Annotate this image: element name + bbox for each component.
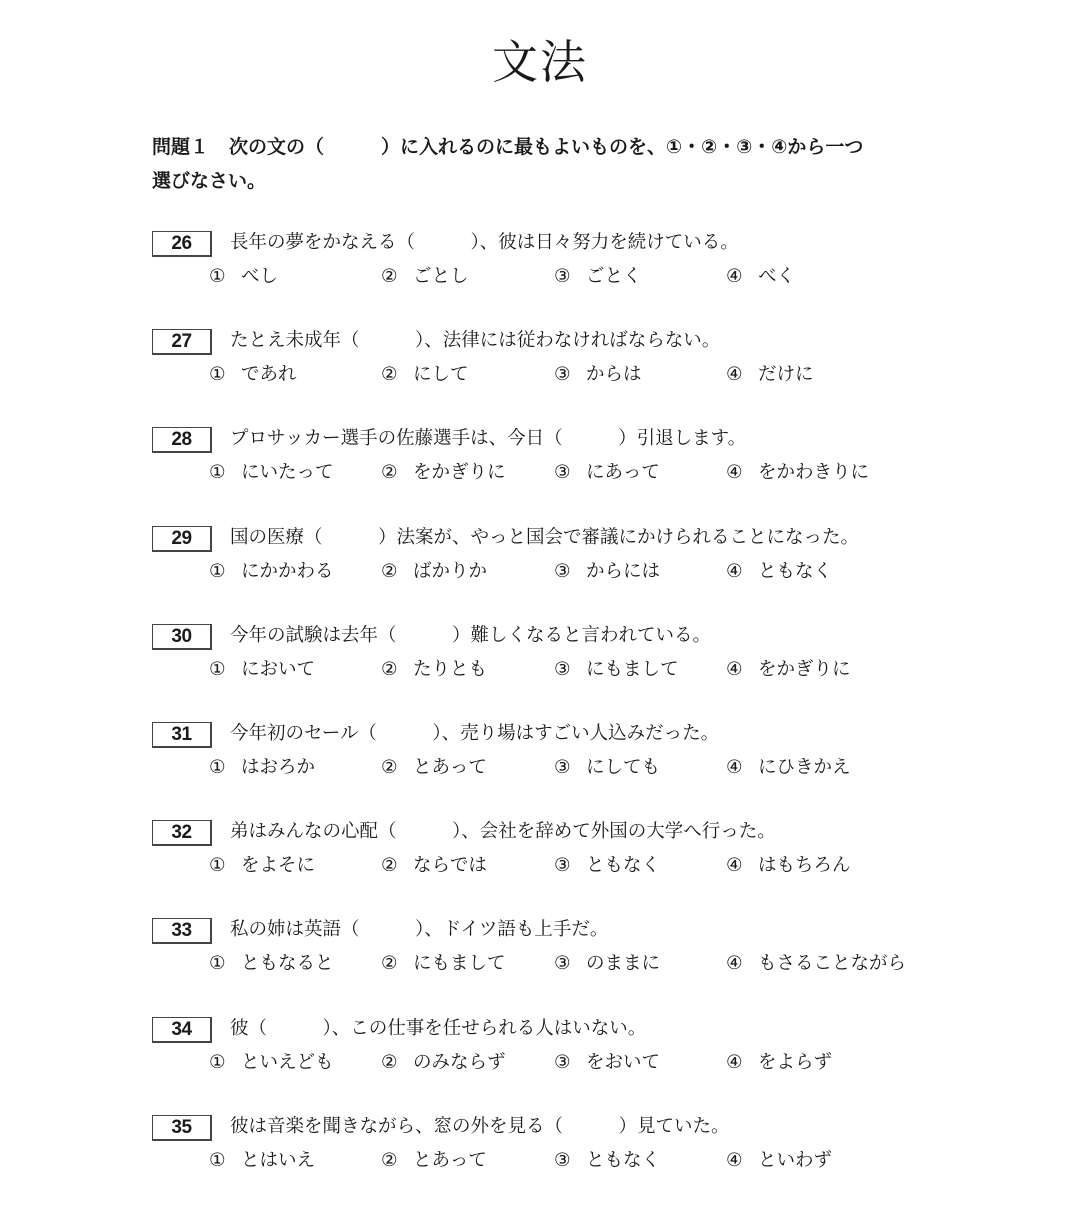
- option-mark: ①: [209, 755, 241, 781]
- question-35: 35 彼は音楽を聞きながら、窓の外を見る（ ）見ていた。 ①とはいえ ②とあって…: [152, 1115, 952, 1195]
- option-3[interactable]: ③ともなく: [554, 1148, 660, 1174]
- option-2[interactable]: ②とあって: [381, 755, 487, 781]
- question-text: 彼（ ）、この仕事を任せられる人はいない。: [230, 1016, 646, 1042]
- option-text: にあって: [586, 462, 660, 483]
- question-31: 31 今年初のセール（ ）、売り場はすごい人込みだった。 ①はおろか ②とあって…: [152, 722, 952, 802]
- option-mark: ④: [726, 1148, 758, 1174]
- question-text: たとえ未成年（ ）、法律には従わなければならない。: [230, 328, 720, 354]
- option-text: ごとく: [586, 266, 642, 287]
- instructions-line-2: 選びなさい。: [152, 164, 942, 198]
- option-text: からは: [586, 364, 642, 385]
- option-3[interactable]: ③のままに: [554, 951, 660, 977]
- answer-options: ①において ②たりとも ③にもまして ④をかぎりに: [152, 657, 952, 683]
- question-34: 34 彼（ ）、この仕事を任せられる人はいない。 ①といえども ②のみならず ③…: [152, 1017, 952, 1097]
- option-text: もさることながら: [758, 953, 906, 974]
- option-text: ともなく: [586, 1150, 660, 1171]
- option-2[interactable]: ②ごとし: [381, 264, 469, 290]
- option-4[interactable]: ④といわず: [726, 1148, 832, 1174]
- option-text: をよらず: [758, 1052, 832, 1073]
- option-mark: ③: [554, 362, 586, 388]
- option-2[interactable]: ②ばかりか: [381, 559, 487, 585]
- option-mark: ①: [209, 657, 241, 683]
- option-mark: ④: [726, 1050, 758, 1076]
- question-text: 弟はみんなの心配（ ）、会社を辞めて外国の大学へ行った。: [230, 819, 776, 845]
- option-mark: ④: [726, 755, 758, 781]
- option-mark: ③: [554, 951, 586, 977]
- answer-options: ①にいたって ②をかぎりに ③にあって ④をかわきりに: [152, 460, 952, 486]
- question-number-box: 28: [152, 427, 212, 453]
- question-number-box: 34: [152, 1017, 212, 1043]
- option-2[interactable]: ②をかぎりに: [381, 460, 506, 486]
- option-2[interactable]: ②にして: [381, 362, 469, 388]
- option-1[interactable]: ①において: [209, 657, 315, 683]
- question-number-box: 35: [152, 1115, 212, 1141]
- option-text: からには: [586, 561, 660, 582]
- option-mark: ④: [726, 657, 758, 683]
- option-4[interactable]: ④もさることながら: [726, 951, 906, 977]
- option-text: とあって: [413, 1150, 487, 1171]
- option-1[interactable]: ①をよそに: [209, 853, 315, 879]
- option-mark: ③: [554, 657, 586, 683]
- option-text: にして: [413, 364, 469, 385]
- option-3[interactable]: ③にしても: [554, 755, 660, 781]
- option-4[interactable]: ④べく: [726, 264, 795, 290]
- question-text: 彼は音楽を聞きながら、窓の外を見る（ ）見ていた。: [230, 1114, 730, 1140]
- option-mark: ④: [726, 264, 758, 290]
- option-2[interactable]: ②ならでは: [381, 853, 487, 879]
- option-mark: ②: [381, 657, 413, 683]
- question-text: プロサッカー選手の佐藤選手は、今日（ ）引退します。: [230, 426, 746, 452]
- option-mark: ④: [726, 853, 758, 879]
- option-1[interactable]: ①といえども: [209, 1050, 334, 1076]
- option-text: にかかわる: [241, 561, 334, 582]
- option-text: はおろか: [241, 757, 315, 778]
- option-mark: ②: [381, 1050, 413, 1076]
- question-number-box: 31: [152, 722, 212, 748]
- answer-options: ①にかかわる ②ばかりか ③からには ④ともなく: [152, 559, 952, 585]
- option-mark: ③: [554, 853, 586, 879]
- question-text: 私の姉は英語（ ）、ドイツ語も上手だ。: [230, 917, 608, 943]
- question-number-box: 29: [152, 526, 212, 552]
- answer-options: ①べし ②ごとし ③ごとく ④べく: [152, 264, 952, 290]
- option-mark: ④: [726, 559, 758, 585]
- answer-options: ①をよそに ②ならでは ③ともなく ④はもちろん: [152, 853, 952, 879]
- question-number-box: 27: [152, 329, 212, 355]
- option-text: といわず: [758, 1150, 832, 1171]
- option-text: をかわきりに: [758, 462, 869, 483]
- question-29: 29 国の医療（ ）法案が、やっと国会で審議にかけられることになった。 ①にかか…: [152, 526, 952, 606]
- option-mark: ②: [381, 264, 413, 290]
- page-title: 文法: [0, 32, 1080, 92]
- option-text: をかぎりに: [758, 659, 851, 680]
- option-3[interactable]: ③からには: [554, 559, 660, 585]
- option-text: にもまして: [586, 659, 679, 680]
- instructions-line-1: 問題１次の文の（ ）に入れるのに最もよいものを、①・②・③・④から一つ: [152, 130, 942, 164]
- question-28: 28 プロサッカー選手の佐藤選手は、今日（ ）引退します。 ①にいたって ②をか…: [152, 427, 952, 507]
- option-mark: ④: [726, 362, 758, 388]
- question-30: 30 今年の試験は去年（ ）難しくなると言われている。 ①において ②たりとも …: [152, 624, 952, 704]
- option-3[interactable]: ③にあって: [554, 460, 660, 486]
- question-text: 今年の試験は去年（ ）難しくなると言われている。: [230, 623, 711, 649]
- question-26: 26 長年の夢をかなえる（ ）、彼は日々努力を続けている。 ①べし ②ごとし ③…: [152, 231, 952, 311]
- option-text: ともなく: [586, 855, 660, 876]
- answer-options: ①ともなると ②にもまして ③のままに ④もさることながら: [152, 951, 952, 977]
- option-1[interactable]: ①にかかわる: [209, 559, 334, 585]
- option-mark: ②: [381, 951, 413, 977]
- answer-options: ①はおろか ②とあって ③にしても ④にひきかえ: [152, 755, 952, 781]
- problem-label: 問題１: [152, 136, 209, 158]
- option-mark: ③: [554, 1050, 586, 1076]
- option-4[interactable]: ④をかぎりに: [726, 657, 851, 683]
- option-mark: ①: [209, 264, 241, 290]
- question-number-box: 26: [152, 231, 212, 257]
- question-number-box: 32: [152, 820, 212, 846]
- option-text: にもまして: [413, 953, 506, 974]
- option-4[interactable]: ④はもちろん: [726, 853, 851, 879]
- option-1[interactable]: ①とはいえ: [209, 1148, 315, 1174]
- option-2[interactable]: ②にもまして: [381, 951, 506, 977]
- option-text: だけに: [758, 364, 814, 385]
- option-mark: ①: [209, 362, 241, 388]
- option-1[interactable]: ①であれ: [209, 362, 297, 388]
- option-1[interactable]: ①べし: [209, 264, 278, 290]
- option-text: のままに: [586, 953, 660, 974]
- option-text: ともなく: [758, 561, 832, 582]
- option-text: ばかりか: [413, 561, 487, 582]
- option-text: とはいえ: [241, 1150, 315, 1171]
- question-33: 33 私の姉は英語（ ）、ドイツ語も上手だ。 ①ともなると ②にもまして ③のま…: [152, 918, 952, 998]
- option-4[interactable]: ④をかわきりに: [726, 460, 869, 486]
- option-mark: ③: [554, 755, 586, 781]
- option-text: ならでは: [413, 855, 487, 876]
- option-2[interactable]: ②とあって: [381, 1148, 487, 1174]
- option-mark: ④: [726, 460, 758, 486]
- question-32: 32 弟はみんなの心配（ ）、会社を辞めて外国の大学へ行った。 ①をよそに ②な…: [152, 820, 952, 900]
- answer-options: ①であれ ②にして ③からは ④だけに: [152, 362, 952, 388]
- option-2[interactable]: ②のみならず: [381, 1050, 506, 1076]
- option-text: ごとし: [413, 266, 469, 287]
- option-text: をよそに: [241, 855, 315, 876]
- option-text: たりとも: [413, 659, 487, 680]
- option-mark: ③: [554, 460, 586, 486]
- option-text: とあって: [413, 757, 487, 778]
- option-text: において: [241, 659, 315, 680]
- option-mark: ②: [381, 460, 413, 486]
- option-mark: ②: [381, 559, 413, 585]
- option-mark: ①: [209, 1050, 241, 1076]
- option-text: にいたって: [241, 462, 334, 483]
- option-text: はもちろん: [758, 855, 851, 876]
- answer-options: ①とはいえ ②とあって ③ともなく ④といわず: [152, 1148, 952, 1174]
- option-4[interactable]: ④ともなく: [726, 559, 832, 585]
- option-text: べし: [241, 266, 278, 287]
- option-4[interactable]: ④をよらず: [726, 1050, 832, 1076]
- option-mark: ①: [209, 853, 241, 879]
- option-text: にしても: [586, 757, 660, 778]
- option-text: にひきかえ: [758, 757, 851, 778]
- option-2[interactable]: ②たりとも: [381, 657, 487, 683]
- option-text: であれ: [241, 364, 297, 385]
- option-mark: ②: [381, 755, 413, 781]
- option-mark: ②: [381, 1148, 413, 1174]
- option-mark: ③: [554, 559, 586, 585]
- question-number-box: 33: [152, 918, 212, 944]
- option-mark: ①: [209, 460, 241, 486]
- question-27: 27 たとえ未成年（ ）、法律には従わなければならない。 ①であれ ②にして ③…: [152, 329, 952, 409]
- option-3[interactable]: ③ごとく: [554, 264, 642, 290]
- option-mark: ③: [554, 1148, 586, 1174]
- question-text: 長年の夢をかなえる（ ）、彼は日々努力を続けている。: [230, 230, 739, 256]
- option-text: をおいて: [586, 1052, 660, 1073]
- option-mark: ①: [209, 1148, 241, 1174]
- option-3[interactable]: ③ともなく: [554, 853, 660, 879]
- instructions-text: 次の文の（ ）に入れるのに最もよいものを、①・②・③・④から一つ: [229, 136, 863, 158]
- question-number-box: 30: [152, 624, 212, 650]
- option-1[interactable]: ①ともなると: [209, 951, 334, 977]
- option-3[interactable]: ③にもまして: [554, 657, 679, 683]
- option-text: のみならず: [413, 1052, 506, 1073]
- option-text: をかぎりに: [413, 462, 506, 483]
- option-mark: ②: [381, 853, 413, 879]
- option-text: ともなると: [241, 953, 334, 974]
- option-text: べく: [758, 266, 795, 287]
- option-4[interactable]: ④にひきかえ: [726, 755, 851, 781]
- option-mark: ④: [726, 951, 758, 977]
- option-mark: ①: [209, 951, 241, 977]
- option-mark: ③: [554, 264, 586, 290]
- question-text: 今年初のセール（ ）、売り場はすごい人込みだった。: [230, 721, 719, 747]
- instructions: 問題１次の文の（ ）に入れるのに最もよいものを、①・②・③・④から一つ 選びなさ…: [152, 130, 942, 198]
- option-4[interactable]: ④だけに: [726, 362, 814, 388]
- option-1[interactable]: ①にいたって: [209, 460, 334, 486]
- option-mark: ②: [381, 362, 413, 388]
- answer-options: ①といえども ②のみならず ③をおいて ④をよらず: [152, 1050, 952, 1076]
- option-1[interactable]: ①はおろか: [209, 755, 315, 781]
- option-3[interactable]: ③からは: [554, 362, 642, 388]
- question-text: 国の医療（ ）法案が、やっと国会で審議にかけられることになった。: [230, 525, 859, 551]
- option-mark: ①: [209, 559, 241, 585]
- option-3[interactable]: ③をおいて: [554, 1050, 660, 1076]
- option-text: といえども: [241, 1052, 334, 1073]
